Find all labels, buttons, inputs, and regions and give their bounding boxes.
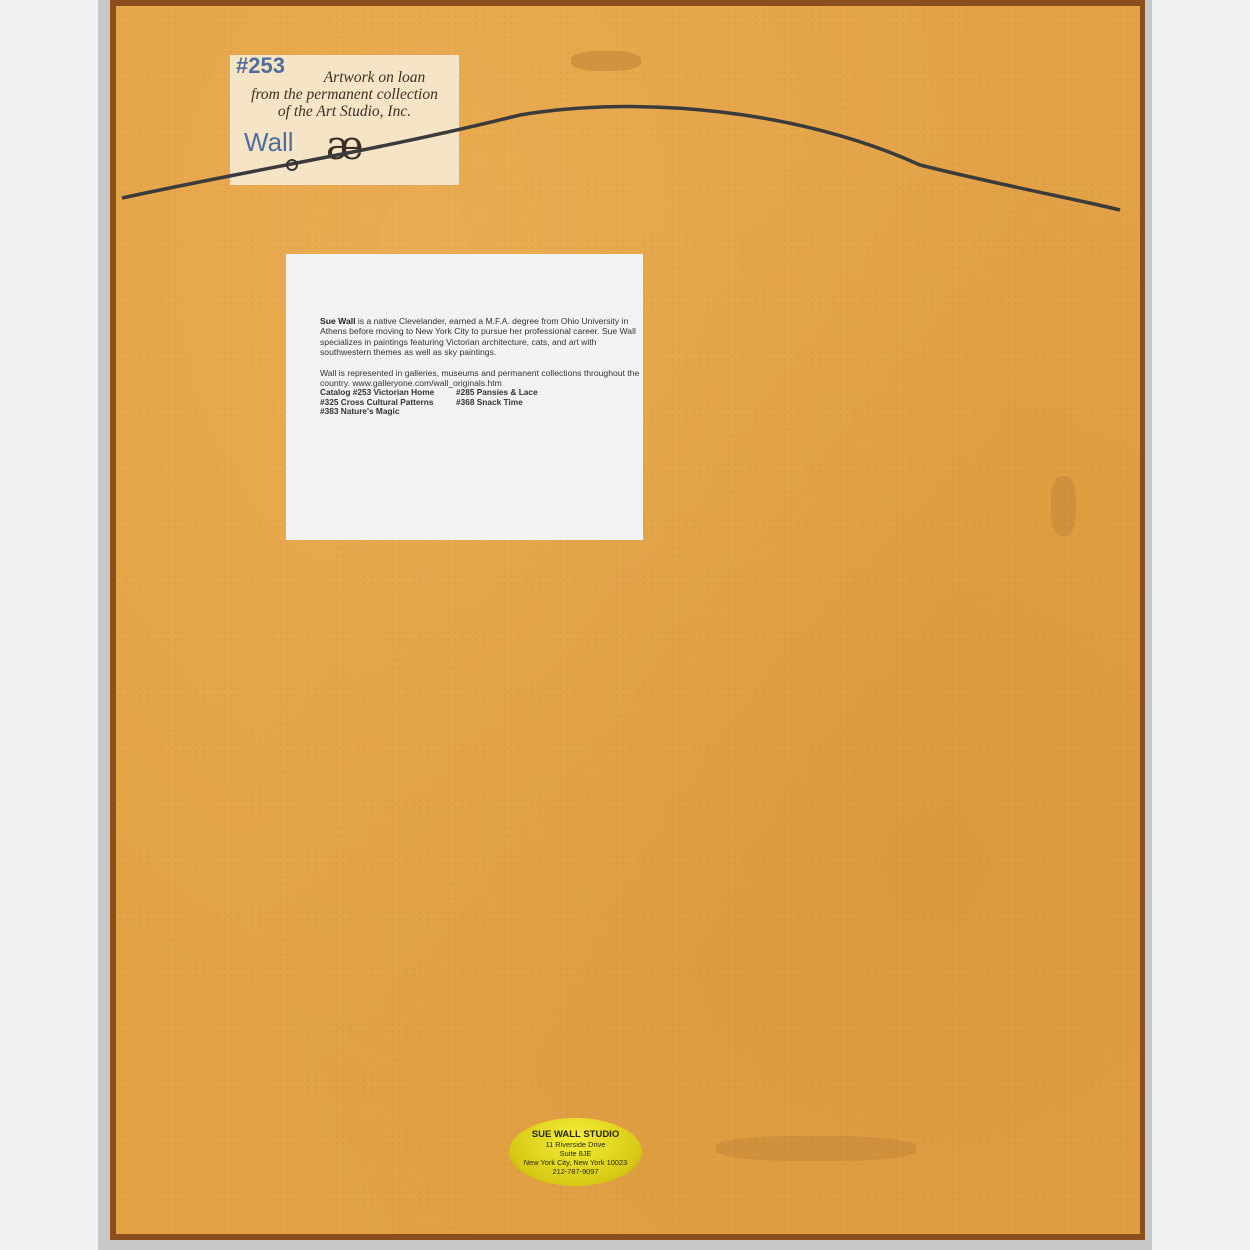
paper-tear <box>571 51 641 71</box>
studio-sticker: SUE WALL STUDIO 11 Riverside Drive Suite… <box>509 1118 642 1186</box>
handwritten-name: Wall <box>244 127 294 158</box>
catalog-item: #368 Snack Time <box>456 398 640 407</box>
loan-label: #253 Artwork on loan from the permanent … <box>230 55 459 185</box>
studio-logo-icon: æ <box>326 123 364 169</box>
catalog-item: #383 Nature's Magic <box>320 407 456 416</box>
studio-name: SUE WALL STUDIO <box>509 1129 642 1140</box>
kraft-paper-backing <box>116 6 1140 1234</box>
paper-tear <box>716 1136 916 1161</box>
paper-tear <box>1051 476 1076 536</box>
bio-paragraph: Sue Wall is a native Clevelander, earned… <box>320 316 640 358</box>
loan-printed-text: Artwork on loan from the permanent colle… <box>230 69 459 120</box>
representation-paragraph: Wall is represented in galleries, museum… <box>320 368 640 389</box>
artist-name: Sue Wall <box>320 316 356 326</box>
catalog-item <box>456 407 640 416</box>
catalog-list: Catalog #253 Victorian Home #285 Pansies… <box>320 388 640 416</box>
artist-bio-card: Sue Wall is a native Clevelander, earned… <box>286 254 643 540</box>
